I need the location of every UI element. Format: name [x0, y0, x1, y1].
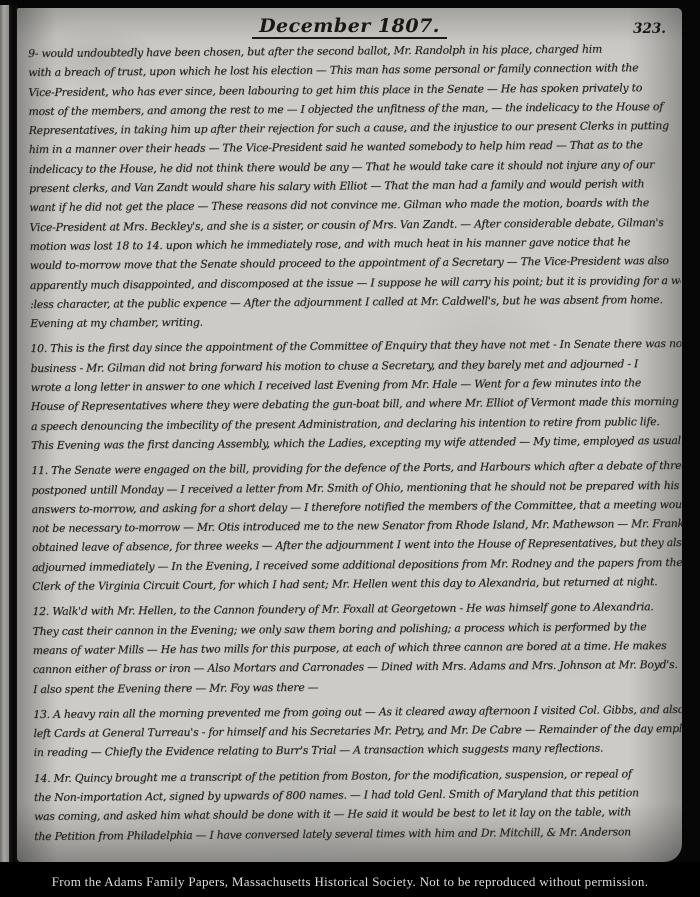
gutter-shadow — [9, 5, 17, 862]
manuscript-line: Clerk of the Virginia Circuit Court, for… — [32, 572, 682, 596]
manuscript-line: This Evening was the first dancing Assem… — [31, 431, 682, 455]
diary-entry: 9- would undoubtedly have been chosen, b… — [28, 39, 681, 334]
scanned-manuscript-frame: 323. December 1807. 9- would undoubtedly… — [0, 0, 700, 897]
manuscript-line: Evening at my chamber, writing. — [30, 309, 681, 333]
page-title: December 1807. — [252, 15, 447, 39]
diary-entry: 13. A heavy rain all the morning prevent… — [33, 700, 682, 763]
manuscript-page: 323. December 1807. 9- would undoubtedly… — [17, 8, 682, 862]
caption-text: From the Adams Family Papers, Massachuse… — [52, 870, 649, 890]
diary-entry: 14. Mr. Quincy brought me a transcript o… — [34, 764, 682, 846]
manuscript-line: in reading — Chiefly the Evidence relati… — [33, 738, 682, 762]
diary-entry: 12. Walk'd with Mr. Hellen, to the Canno… — [32, 597, 682, 699]
diary-entry: 10. This is the first day since the appo… — [30, 334, 682, 455]
diary-entry: 11. The Senate were engaged on the bill,… — [31, 456, 682, 596]
adjacent-page-edge — [0, 5, 9, 862]
page-header: December 1807. — [17, 15, 682, 39]
caption-bar: From the Adams Family Papers, Massachuse… — [0, 862, 700, 897]
manuscript-text: 9- would undoubtedly have been chosen, b… — [28, 39, 682, 852]
